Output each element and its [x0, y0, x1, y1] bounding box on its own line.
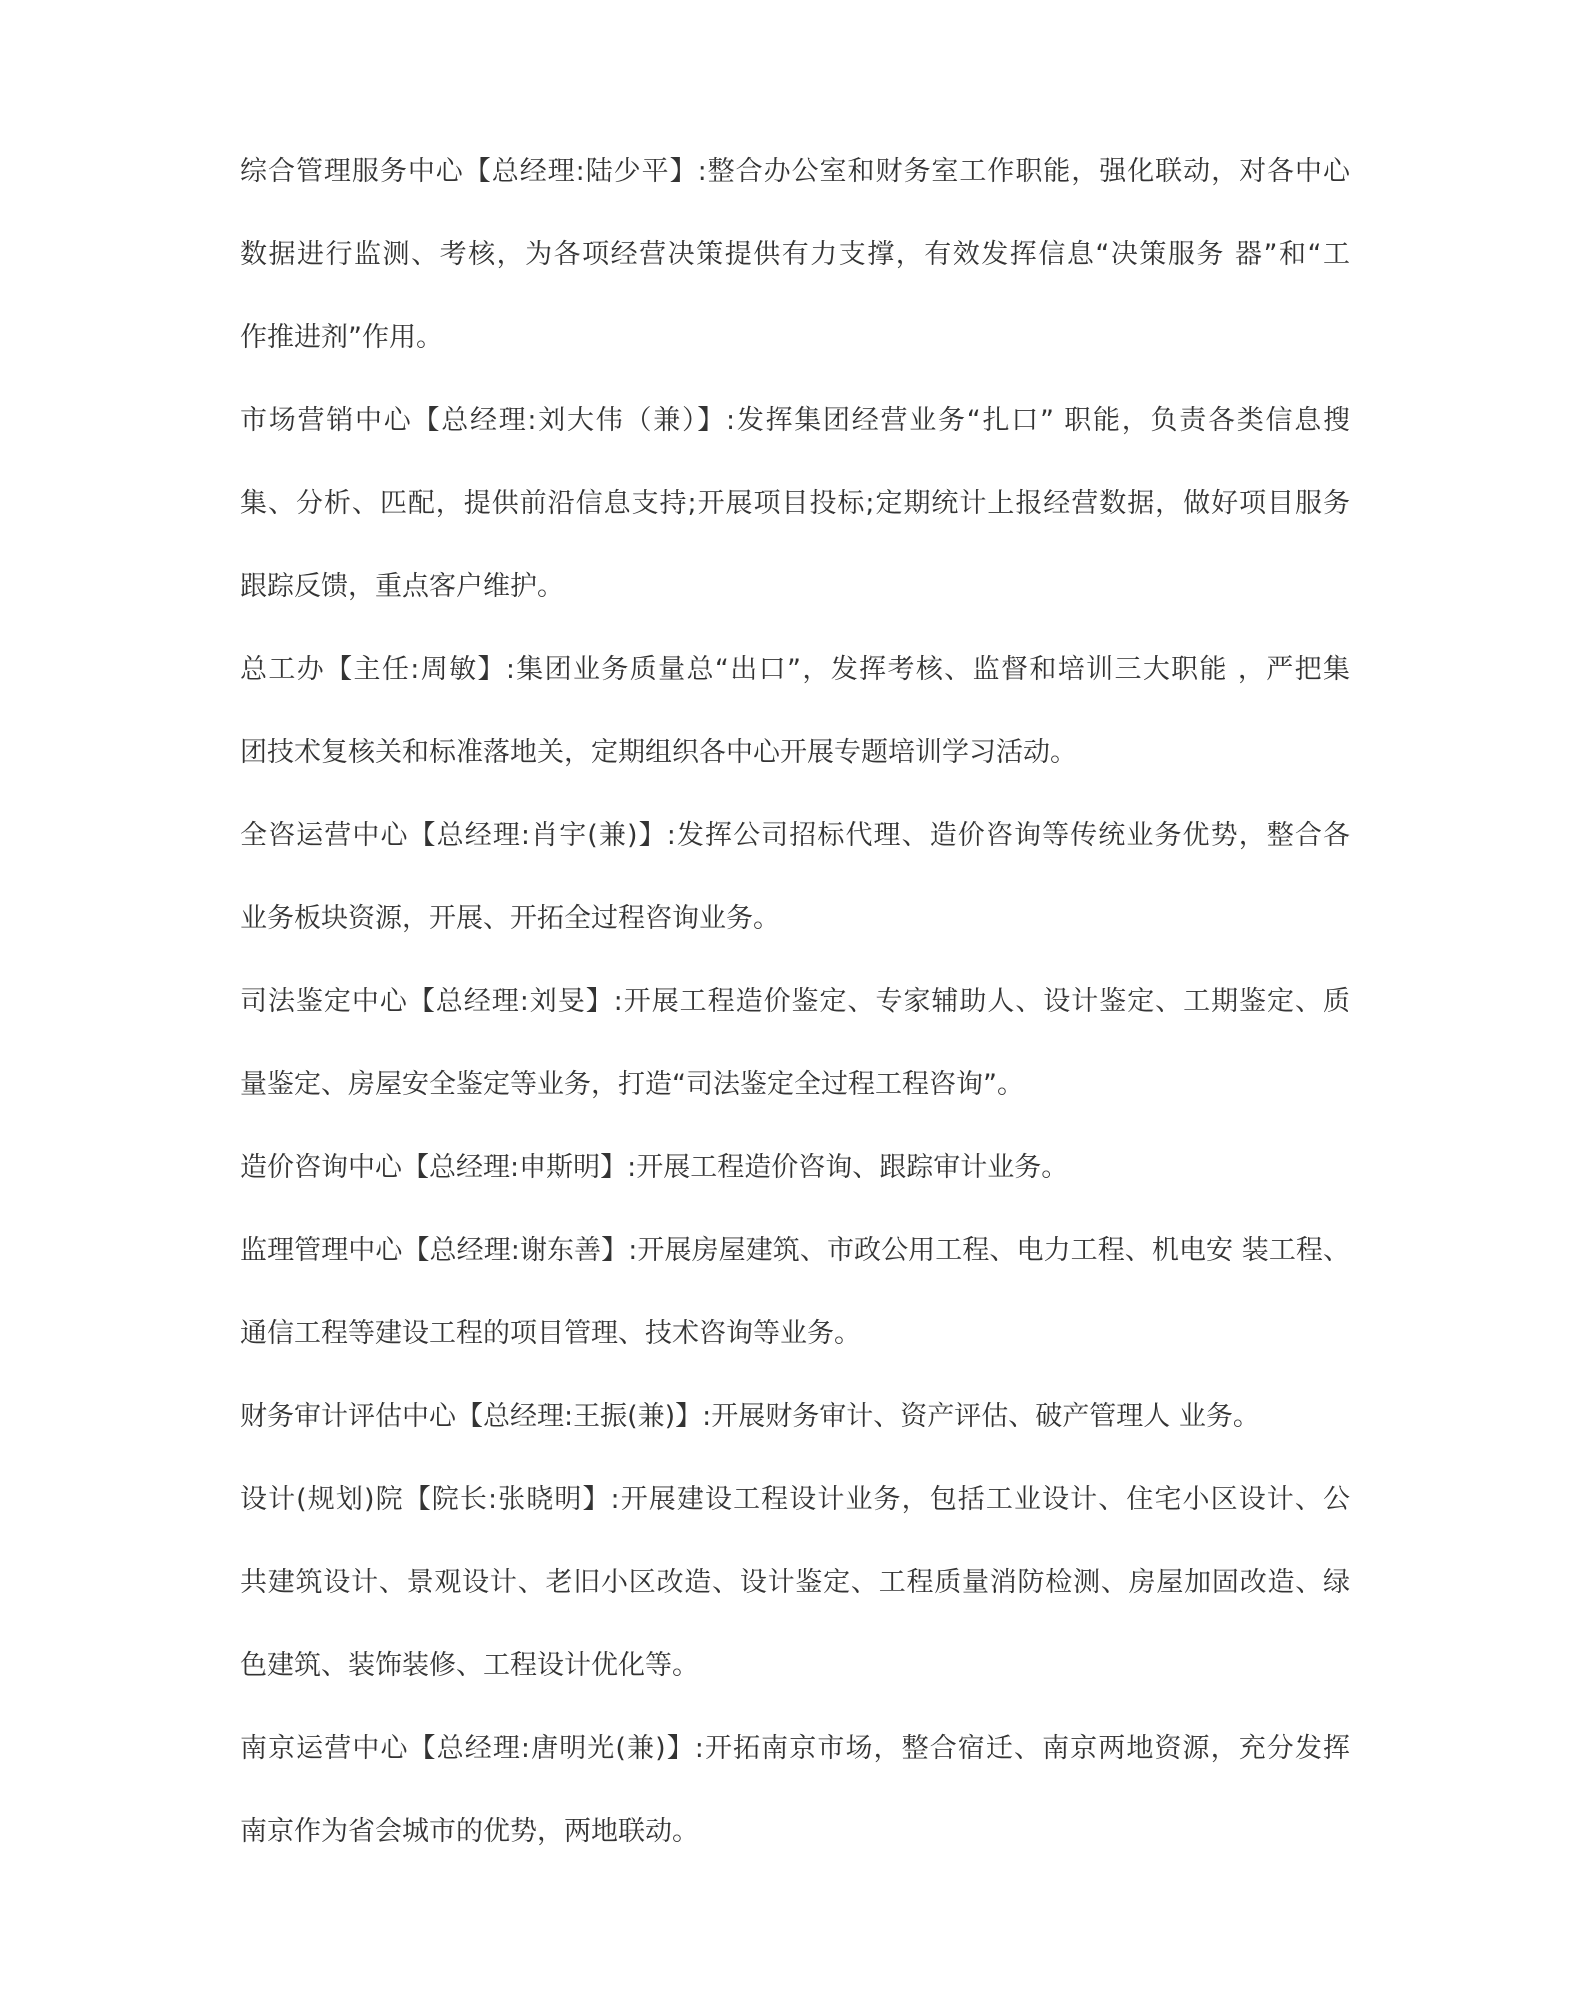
paragraph-line: 共建筑设计、景观设计、老旧小区改造、设计鉴定、工程质量消防检测、房屋加固改造、绿 [240, 1563, 1350, 1603]
paragraph-line: 通信工程等建设工程的项目管理、技术咨询等业务。 [240, 1314, 1350, 1354]
paragraph-line: 集、分析、匹配，提供前沿信息支持;开展项目投标;定期统计上报经营数据，做好项目服… [240, 484, 1350, 524]
paragraph-line: 总工办【主任:周敏】:集团业务质量总“出口”，发挥考核、监督和培训三大职能 ，严… [240, 650, 1350, 690]
paragraph-line: 南京作为省会城市的优势，两地联动。 [240, 1812, 1350, 1852]
paragraph-line: 跟踪反馈，重点客户维护。 [240, 567, 1350, 607]
paragraph-line: 司法鉴定中心【总经理:刘旻】:开展工程造价鉴定、专家辅助人、设计鉴定、工期鉴定、… [240, 982, 1350, 1022]
paragraph-line: 团技术复核关和标准落地关，定期组织各中心开展专题培训学习活动。 [240, 733, 1350, 773]
paragraph-line: 数据进行监测、考核，为各项经营决策提供有力支撑，有效发挥信息“决策服务 器”和“… [240, 235, 1350, 275]
paragraph-line: 量鉴定、房屋安全鉴定等业务，打造“司法鉴定全过程工程咨询”。 [240, 1065, 1350, 1105]
paragraph-line: 设计(规划)院【院长:张晓明】:开展建设工程设计业务，包括工业设计、住宅小区设计… [240, 1480, 1350, 1520]
paragraph-line: 市场营销中心【总经理:刘大伟（兼）】:发挥集团经营业务“扎口” 职能，负责各类信… [240, 401, 1350, 441]
paragraph-line: 作推进剂”作用。 [240, 318, 1350, 358]
paragraph-line: 色建筑、装饰装修、工程设计优化等。 [240, 1646, 1350, 1686]
paragraph-line: 造价咨询中心【总经理:申斯明】:开展工程造价咨询、跟踪审计业务。 [240, 1148, 1350, 1188]
paragraph-line: 综合管理服务中心【总经理:陆少平】:整合办公室和财务室工作职能，强化联动，对各中… [240, 152, 1350, 192]
paragraph-line: 全咨运营中心【总经理:肖宇(兼)】:发挥公司招标代理、造价咨询等传统业务优势，整… [240, 816, 1350, 856]
paragraph-line: 监理管理中心【总经理:谢东善】:开展房屋建筑、市政公用工程、电力工程、机电安 装… [240, 1231, 1350, 1271]
paragraph-line: 业务板块资源，开展、开拓全过程咨询业务。 [240, 899, 1350, 939]
paragraph-line: 财务审计评估中心【总经理:王振(兼)】:开展财务审计、资产评估、破产管理人 业务… [240, 1397, 1350, 1437]
paragraph-line: 南京运营中心【总经理:唐明光(兼)】:开拓南京市场，整合宿迁、南京两地资源，充分… [240, 1729, 1350, 1769]
